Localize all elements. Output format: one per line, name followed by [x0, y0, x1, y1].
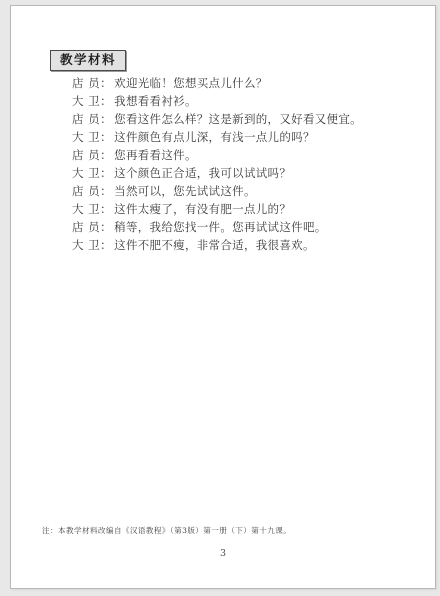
dialogue-text: 我想看看衬衫。: [114, 93, 197, 109]
speaker-label: 店 员：: [72, 147, 112, 163]
speaker-label: 店 员：: [72, 75, 112, 91]
dialogue-text: 您看这件怎么样？这是新到的，又好看又便宜。: [114, 111, 362, 127]
speaker-label: 大 卫：: [72, 129, 112, 145]
dialogue-line: 大 卫： 我想看看衬衫。: [72, 92, 412, 110]
dialogue-line: 店 员： 您再看看这件。: [72, 146, 412, 164]
dialogue-line: 大 卫： 这个颜色正合适，我可以试试吗？: [72, 164, 412, 182]
footnote: 注：本教学材料改编自《汉语教程》（第3版）第一册（下）第十九课。: [42, 525, 291, 536]
speaker-label: 大 卫：: [72, 93, 112, 109]
dialogue-text: 欢迎光临！您想买点儿什么？: [114, 75, 267, 91]
speaker-label: 大 卫：: [72, 165, 112, 181]
dialogue-line: 大 卫： 这件不肥不瘦，非常合适，我很喜欢。: [72, 236, 412, 254]
dialogue-line: 店 员： 欢迎光临！您想买点儿什么？: [72, 74, 412, 92]
dialogue-line: 店 员： 您看这件怎么样？这是新到的，又好看又便宜。: [72, 110, 412, 128]
dialogue-text: 您再看看这件。: [114, 147, 197, 163]
page-number: 3: [11, 548, 435, 559]
dialogue-text: 这件颜色有点儿深，有浅一点儿的吗？: [114, 129, 315, 145]
dialogue-text: 稍等，我给您找一件。您再试试这件吧。: [114, 219, 326, 235]
speaker-label: 大 卫：: [72, 201, 112, 217]
dialogue-text: 这件不肥不瘦，非常合适，我很喜欢。: [114, 237, 315, 253]
speaker-label: 店 员：: [72, 219, 112, 235]
speaker-label: 店 员：: [72, 183, 112, 199]
dialogue-line: 店 员： 当然可以，您先试试这件。: [72, 182, 412, 200]
dialogue-text: 这个颜色正合适，我可以试试吗？: [114, 165, 291, 181]
document-page: 教学材料 店 员： 欢迎光临！您想买点儿什么？ 大 卫： 我想看看衬衫。 店 员…: [10, 5, 436, 589]
speaker-label: 大 卫：: [72, 237, 112, 253]
section-header-box: 教学材料: [50, 50, 126, 71]
speaker-label: 店 员：: [72, 111, 112, 127]
dialogue-text: 当然可以，您先试试这件。: [114, 183, 256, 199]
dialogue-text: 这件太瘦了，有没有肥一点儿的？: [114, 201, 291, 217]
dialogue-block: 店 员： 欢迎光临！您想买点儿什么？ 大 卫： 我想看看衬衫。 店 员： 您看这…: [72, 74, 412, 254]
dialogue-line: 店 员： 稍等，我给您找一件。您再试试这件吧。: [72, 218, 412, 236]
dialogue-line: 大 卫： 这件颜色有点儿深，有浅一点儿的吗？: [72, 128, 412, 146]
dialogue-line: 大 卫： 这件太瘦了，有没有肥一点儿的？: [72, 200, 412, 218]
